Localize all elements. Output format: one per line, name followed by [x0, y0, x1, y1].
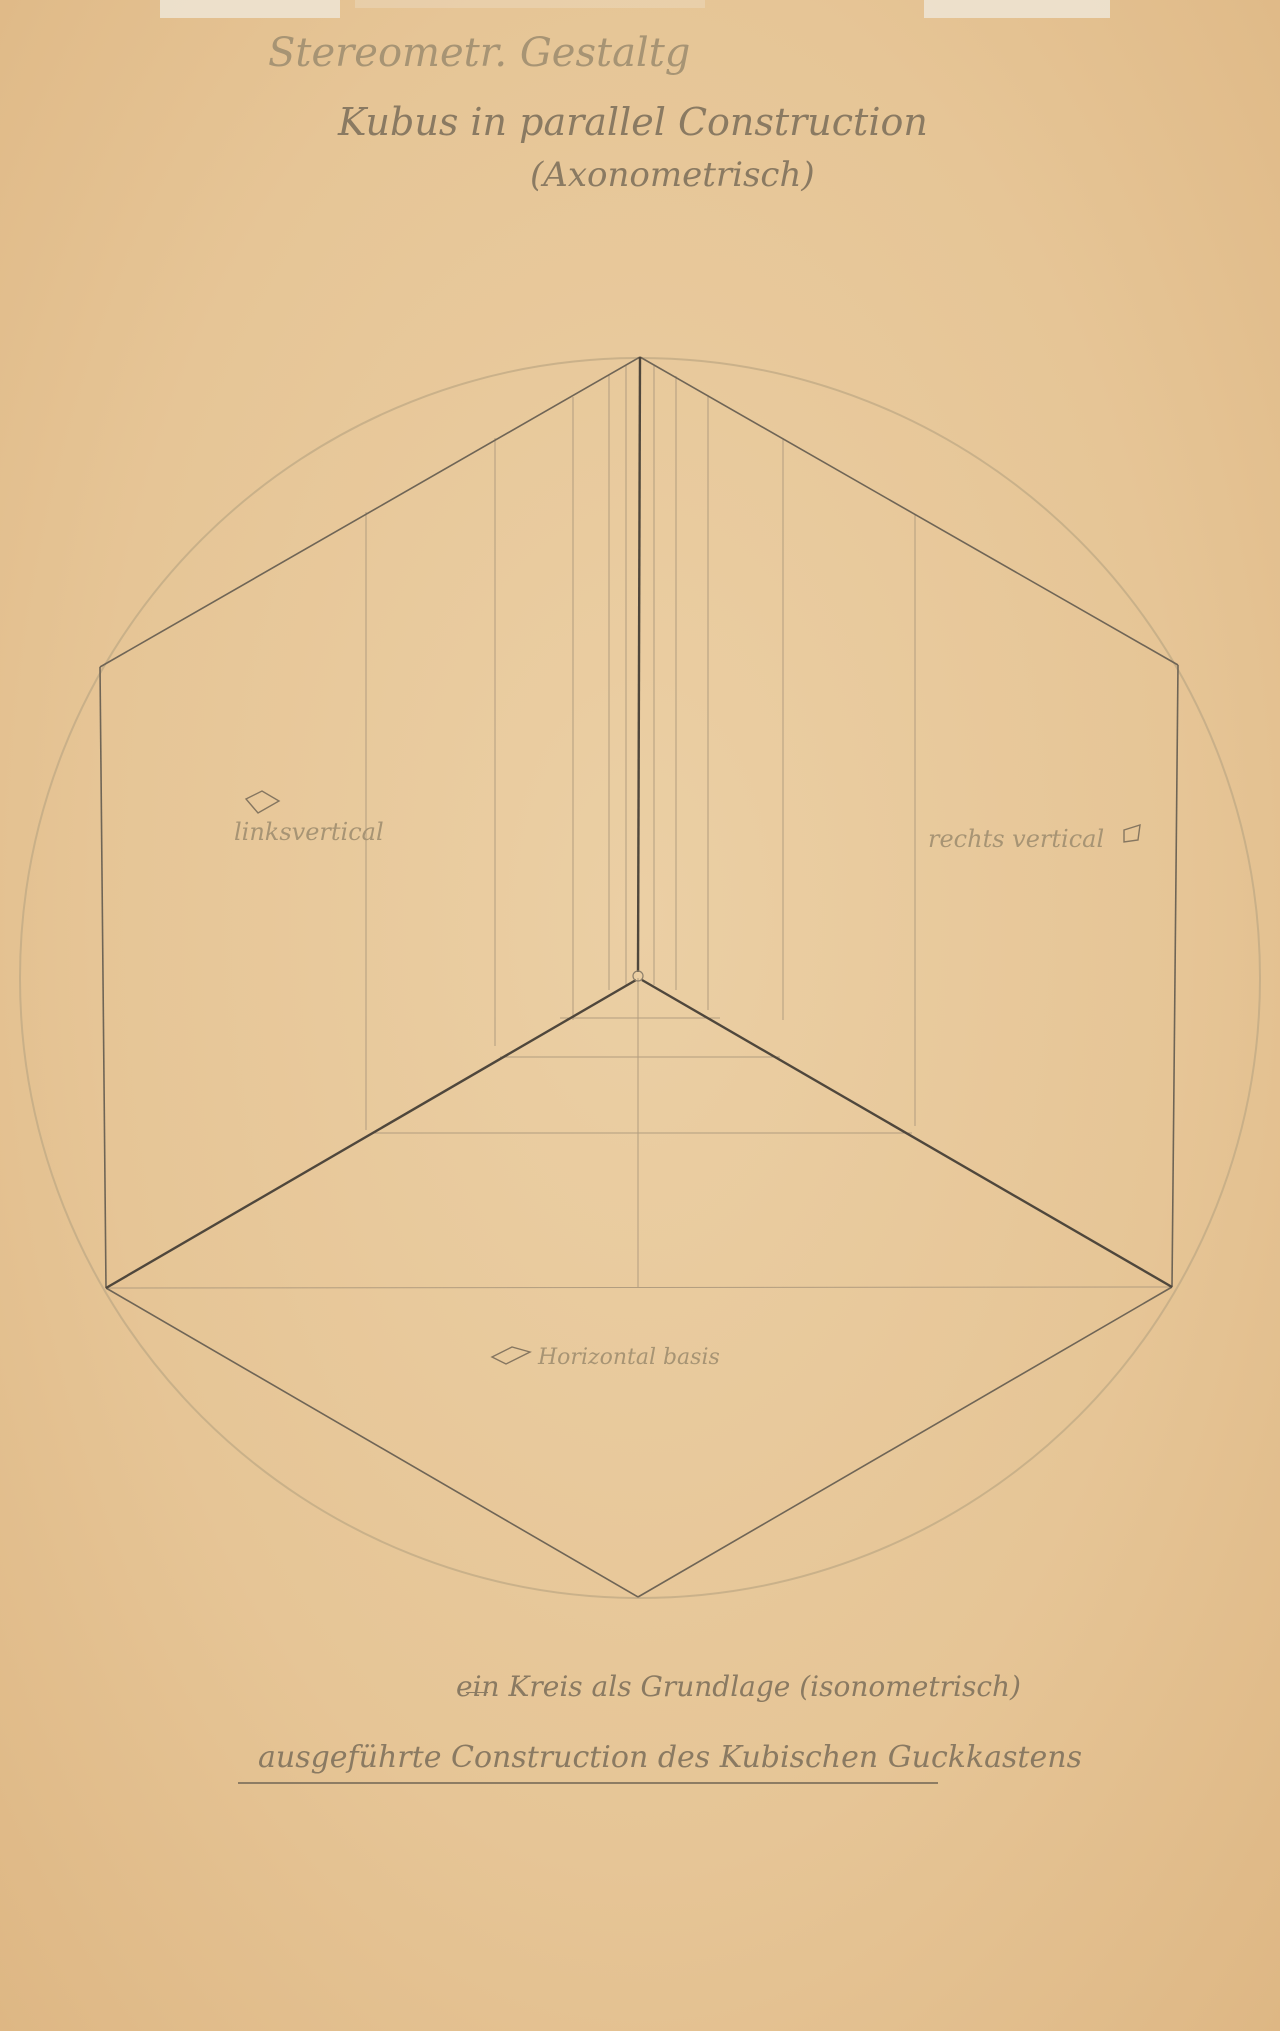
diamond-icon-left — [246, 791, 279, 813]
ein-underline — [466, 1692, 488, 1693]
caption-line-1: ein Kreis als Grundlage (isonometrisch) — [456, 1670, 1021, 1703]
top-title-text: Stereometr. Gestaltg — [268, 30, 690, 76]
right-face-label: rechts vertical — [928, 825, 1104, 853]
bottom-face-label: Horizontal basis — [538, 1345, 720, 1370]
diamond-symbols — [246, 791, 1140, 1364]
diamond-icon-right — [1124, 825, 1140, 842]
cube-drawing — [0, 0, 1280, 2031]
heading-line-1: Kubus in parallel Construction — [338, 100, 928, 144]
diamond-icon-bottom — [492, 1347, 530, 1364]
left-face-label: linksvertical — [234, 818, 384, 846]
heading-line-2: (Axonometrisch) — [530, 155, 815, 195]
caption-line-2: ausgeführte Construction des Kubischen G… — [258, 1740, 1082, 1775]
caption-underline — [238, 1782, 938, 1784]
